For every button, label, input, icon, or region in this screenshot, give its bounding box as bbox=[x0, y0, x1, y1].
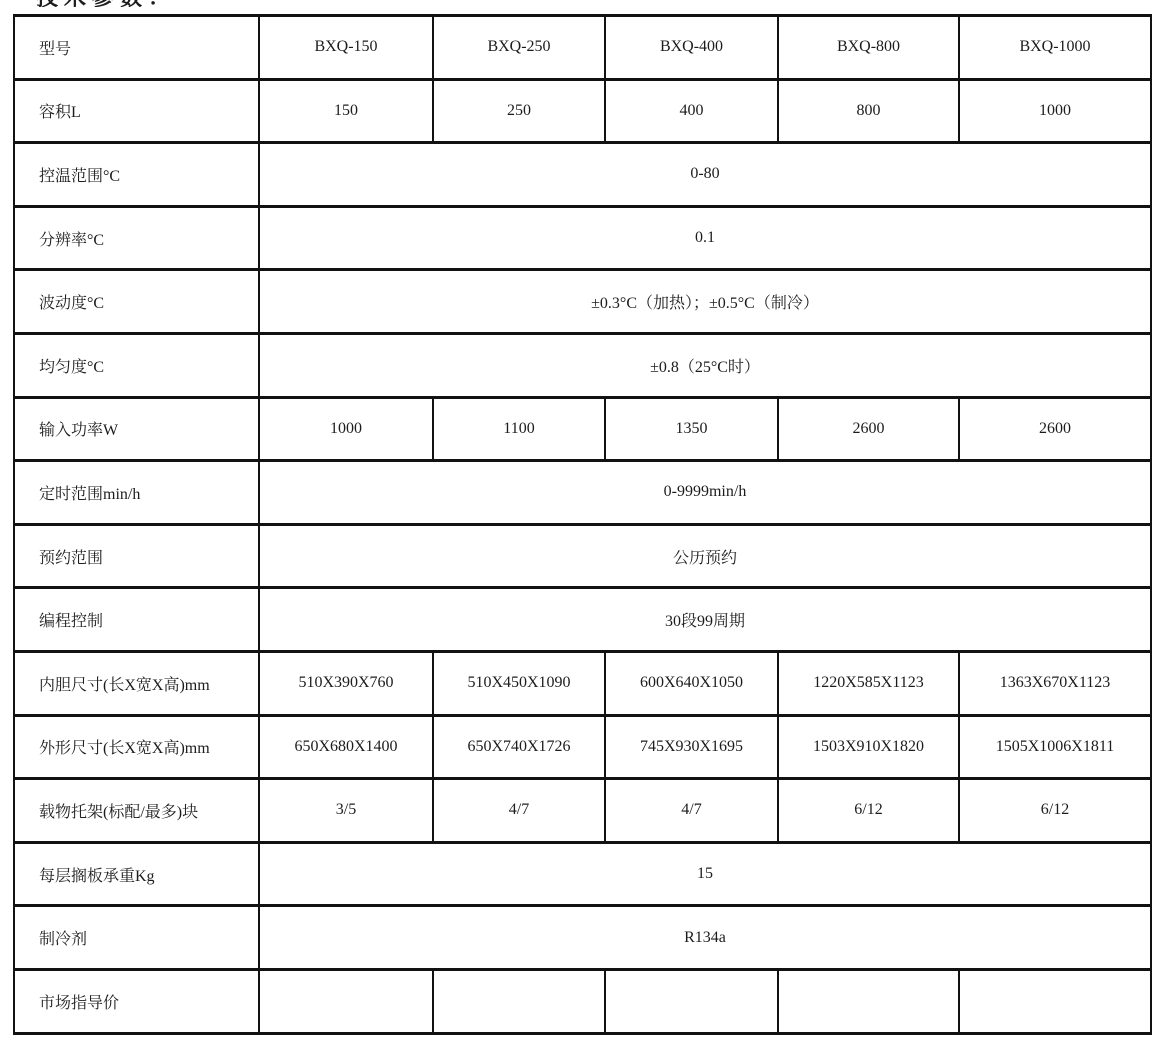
cell-value: 1220X585X1123 bbox=[778, 651, 959, 715]
cell-value: BXQ-400 bbox=[605, 16, 778, 80]
spec-table: 型号 BXQ-150 BXQ-250 BXQ-400 BXQ-800 BXQ-1… bbox=[13, 14, 1152, 1035]
row-label: 载物托架(标配/最多)块 bbox=[14, 779, 259, 843]
cell-value: 1000 bbox=[259, 397, 433, 461]
table-row-temp-range: 控温范围°C 0-80 bbox=[14, 143, 1151, 207]
row-label: 输入功率W bbox=[14, 397, 259, 461]
cell-value: 2600 bbox=[778, 397, 959, 461]
cell-value: 800 bbox=[778, 79, 959, 143]
cell-value: 3/5 bbox=[259, 779, 433, 843]
document-page: 技术参数： 型号 BXQ-150 BXQ-250 BXQ-400 BXQ-800… bbox=[0, 0, 1172, 1054]
table-row-program-control: 编程控制 30段99周期 bbox=[14, 588, 1151, 652]
merged-cell-value: 0-9999min/h bbox=[259, 461, 1151, 525]
row-label: 定时范围min/h bbox=[14, 461, 259, 525]
cell-value: 250 bbox=[433, 79, 605, 143]
cell-value bbox=[259, 969, 433, 1033]
table-row-inner-dimensions: 内胆尺寸(长X宽X高)mm 510X390X760 510X450X1090 6… bbox=[14, 651, 1151, 715]
cell-value: 1350 bbox=[605, 397, 778, 461]
table-row-model: 型号 BXQ-150 BXQ-250 BXQ-400 BXQ-800 BXQ-1… bbox=[14, 16, 1151, 80]
row-label: 波动度°C bbox=[14, 270, 259, 334]
row-label: 制冷剂 bbox=[14, 906, 259, 970]
row-label: 内胆尺寸(长X宽X高)mm bbox=[14, 651, 259, 715]
row-label: 外形尺寸(长X宽X高)mm bbox=[14, 715, 259, 779]
section-heading-text: 技术参数： bbox=[36, 0, 296, 7]
row-label: 容积L bbox=[14, 79, 259, 143]
row-label: 预约范围 bbox=[14, 524, 259, 588]
merged-cell-value: ±0.8（25°C时） bbox=[259, 333, 1151, 397]
table-row-market-price: 市场指导价 bbox=[14, 969, 1151, 1033]
merged-cell-value: 15 bbox=[259, 842, 1151, 906]
table-row-shelves: 载物托架(标配/最多)块 3/5 4/7 4/7 6/12 6/12 bbox=[14, 779, 1151, 843]
row-label: 型号 bbox=[14, 16, 259, 80]
row-label: 每层搁板承重Kg bbox=[14, 842, 259, 906]
cell-value bbox=[433, 969, 605, 1033]
table-row-fluctuation: 波动度°C ±0.3°C（加热）；±0.5°C（制冷） bbox=[14, 270, 1151, 334]
row-label: 编程控制 bbox=[14, 588, 259, 652]
cell-value: 745X930X1695 bbox=[605, 715, 778, 779]
cell-value: 2600 bbox=[959, 397, 1151, 461]
merged-cell-value: 30段99周期 bbox=[259, 588, 1151, 652]
cell-value: BXQ-250 bbox=[433, 16, 605, 80]
table-row-refrigerant: 制冷剂 R134a bbox=[14, 906, 1151, 970]
cell-value bbox=[959, 969, 1151, 1033]
cell-value: 650X740X1726 bbox=[433, 715, 605, 779]
merged-cell-value: 0.1 bbox=[259, 206, 1151, 270]
cell-value: 150 bbox=[259, 79, 433, 143]
row-label: 市场指导价 bbox=[14, 969, 259, 1033]
merged-cell-value: ±0.3°C（加热）；±0.5°C（制冷） bbox=[259, 270, 1151, 334]
table-row-shelf-load: 每层搁板承重Kg 15 bbox=[14, 842, 1151, 906]
table-row-outer-dimensions: 外形尺寸(长X宽X高)mm 650X680X1400 650X740X1726 … bbox=[14, 715, 1151, 779]
cell-value: 1000 bbox=[959, 79, 1151, 143]
cell-value: BXQ-1000 bbox=[959, 16, 1151, 80]
cell-value: 6/12 bbox=[959, 779, 1151, 843]
row-label: 控温范围°C bbox=[14, 143, 259, 207]
cell-value: 4/7 bbox=[605, 779, 778, 843]
merged-cell-value: 公历预约 bbox=[259, 524, 1151, 588]
table-row-reservation: 预约范围 公历预约 bbox=[14, 524, 1151, 588]
merged-cell-value: 0-80 bbox=[259, 143, 1151, 207]
row-label: 分辨率°C bbox=[14, 206, 259, 270]
table-row-volume: 容积L 150 250 400 800 1000 bbox=[14, 79, 1151, 143]
cell-value: 400 bbox=[605, 79, 778, 143]
table-row-timer-range: 定时范围min/h 0-9999min/h bbox=[14, 461, 1151, 525]
cell-value: 600X640X1050 bbox=[605, 651, 778, 715]
row-label: 均匀度°C bbox=[14, 333, 259, 397]
cell-value: 1100 bbox=[433, 397, 605, 461]
cell-value: 650X680X1400 bbox=[259, 715, 433, 779]
clipped-section-heading: 技术参数： bbox=[36, 0, 296, 7]
cell-value: BXQ-150 bbox=[259, 16, 433, 80]
table-row-uniformity: 均匀度°C ±0.8（25°C时） bbox=[14, 333, 1151, 397]
cell-value: 6/12 bbox=[778, 779, 959, 843]
cell-value: BXQ-800 bbox=[778, 16, 959, 80]
cell-value: 1363X670X1123 bbox=[959, 651, 1151, 715]
cell-value bbox=[605, 969, 778, 1033]
cell-value bbox=[778, 969, 959, 1033]
table-row-resolution: 分辨率°C 0.1 bbox=[14, 206, 1151, 270]
cell-value: 4/7 bbox=[433, 779, 605, 843]
merged-cell-value: R134a bbox=[259, 906, 1151, 970]
cell-value: 510X450X1090 bbox=[433, 651, 605, 715]
cell-value: 1503X910X1820 bbox=[778, 715, 959, 779]
table-row-input-power: 输入功率W 1000 1100 1350 2600 2600 bbox=[14, 397, 1151, 461]
cell-value: 510X390X760 bbox=[259, 651, 433, 715]
cell-value: 1505X1006X1811 bbox=[959, 715, 1151, 779]
